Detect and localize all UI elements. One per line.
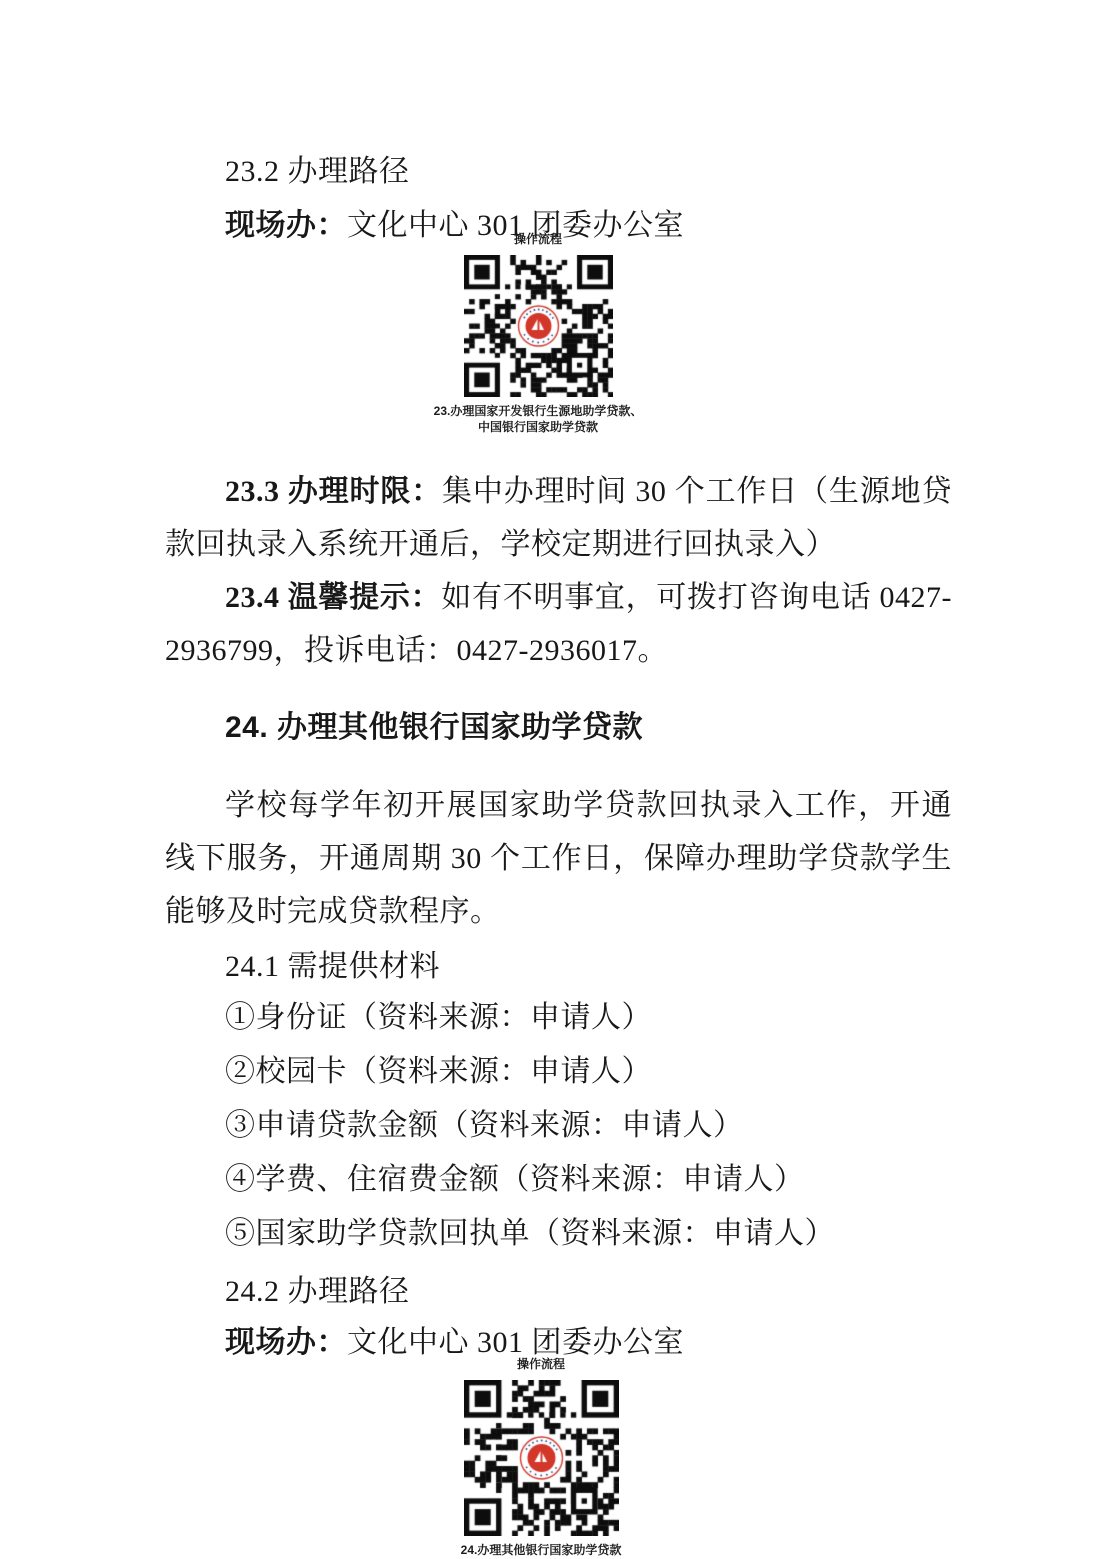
section-23-2-heading: 23.2 办理路径: [225, 155, 410, 189]
section-23-4-paragraph: 23.4 温馨提示：如有不明事宜，可拨打咨询电话 0427-2936799，投诉…: [165, 571, 952, 677]
onsite-label: 现场办：: [225, 209, 347, 242]
section-24-intro: 学校每学年初开展国家助学贷款回执录入工作，开通线下服务，开通周期 30 个工作日…: [165, 779, 952, 938]
section-24-2-onsite-line: 现场办：文化中心 301 团委办公室: [225, 1326, 684, 1360]
section-24-heading: 24. 办理其他银行国家助学贷款: [225, 708, 643, 748]
onsite-value: 文化中心 301 团委办公室: [347, 1326, 684, 1359]
qr-flow-label: 操作流程: [517, 1357, 565, 1372]
qr-flow-label: 操作流程: [514, 232, 562, 247]
section-23-3-label: 23.3 办理时限：: [225, 475, 442, 508]
qr-caption-line: 24.办理其他银行国家助学贷款: [461, 1542, 622, 1558]
qr-code-24-image: [464, 1380, 619, 1536]
material-item: ⑤国家助学贷款回执单（资料来源：申请人）: [225, 1207, 835, 1261]
material-item: ④学费、住宿费金额（资料来源：申请人）: [225, 1153, 835, 1207]
section-23-3-paragraph: 23.3 办理时限：集中办理时间 30 个工作日（生源地贷款回执录入系统开通后，…: [165, 465, 952, 571]
section-24-2-heading: 24.2 办理路径: [225, 1275, 410, 1309]
document-page: 23.2 办理路径 现场办：文化中心 301 团委办公室 操作流程 23.办理国…: [0, 0, 1102, 1559]
qr-section-23: 操作流程 23.办理国家开发银行生源地助学贷款、 中国银行国家助学贷款: [380, 232, 696, 435]
material-item: ②校园卡（资料来源：申请人）: [225, 1045, 835, 1099]
onsite-label: 现场办：: [225, 1326, 347, 1359]
material-item: ③申请贷款金额（资料来源：申请人）: [225, 1099, 835, 1153]
qr-caption-23: 23.办理国家开发银行生源地助学贷款、 中国银行国家助学贷款: [434, 403, 643, 435]
qr-caption-line: 23.办理国家开发银行生源地助学贷款、: [434, 403, 643, 419]
materials-list: ①身份证（资料来源：申请人） ②校园卡（资料来源：申请人） ③申请贷款金额（资料…: [225, 991, 835, 1261]
qr-caption-24: 24.办理其他银行国家助学贷款: [461, 1542, 622, 1558]
qr-caption-line: 中国银行国家助学贷款: [434, 419, 643, 435]
section-23-4-label: 23.4 温馨提示：: [225, 581, 441, 614]
material-item: ①身份证（资料来源：申请人）: [225, 991, 835, 1045]
section-24-1-heading: 24.1 需提供材料: [225, 950, 440, 984]
qr-section-24: 操作流程 24.办理其他银行国家助学贷款: [383, 1357, 699, 1558]
qr-code-23-image: [464, 255, 613, 397]
